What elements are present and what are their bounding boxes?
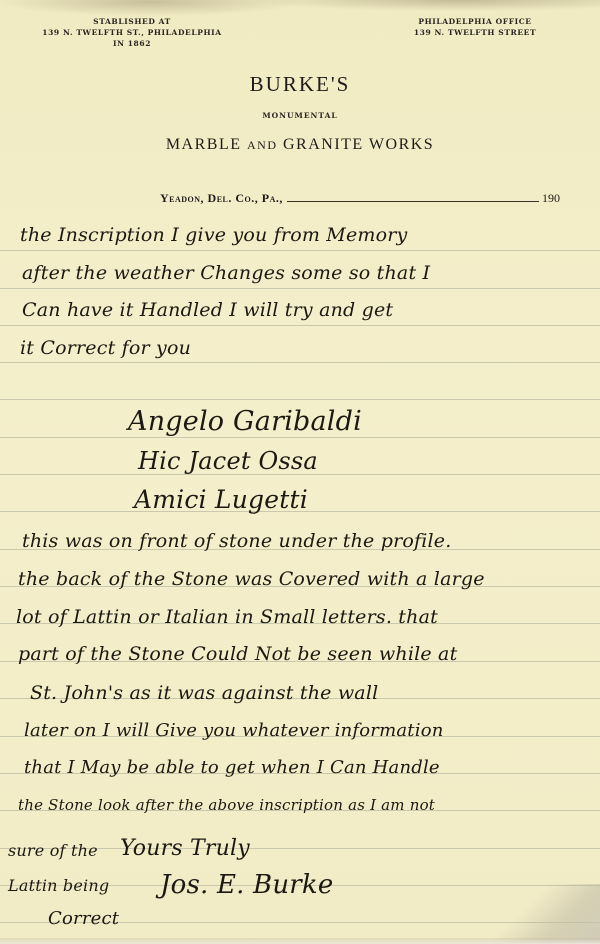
- date-blank-line: [287, 201, 539, 202]
- letterhead-established: STABLISHED AT 139 N. TWELFTH ST., PHILAD…: [22, 16, 242, 49]
- handwritten-line: St. John's as it was against the wall: [30, 682, 378, 704]
- handwritten-line: Can have it Handled I will try and get: [22, 299, 393, 321]
- ruled-line: [0, 325, 600, 326]
- firm-works: MARBLE AND GRANITE WORKS: [0, 136, 600, 154]
- ruled-line: [0, 362, 600, 363]
- place-text: Yeadon, Del. Co., Pa.,: [160, 191, 283, 206]
- paper-stain: [470, 884, 600, 944]
- handwritten-line: that I May be able to get when I Can Han…: [24, 757, 440, 778]
- handwritten-line: this was on front of stone under the pro…: [22, 530, 451, 552]
- letterhead-office: PHILADELPHIA OFFICE 139 N. TWELFTH STREE…: [380, 16, 570, 38]
- handwritten-line: sure of the: [8, 841, 98, 860]
- paper-edge: [0, 938, 600, 944]
- handwritten-line: part of the Stone Could Not be seen whil…: [18, 643, 457, 665]
- firm-works-text: AND: [247, 138, 278, 152]
- firm-works-text: GRANITE WORKS: [277, 136, 434, 153]
- closing-text: Yours Truly: [120, 836, 250, 861]
- postscript-line: Lattin being: [8, 876, 109, 895]
- letterhead-text: STABLISHED AT: [22, 16, 242, 27]
- firm-name: BURKE'S: [0, 72, 600, 97]
- firm-subtitle: MONUMENTAL: [0, 111, 600, 120]
- letterhead-text: PHILADELPHIA OFFICE: [380, 16, 570, 27]
- letterhead-text: 139 N. TWELFTH STREET: [380, 27, 570, 38]
- ruled-line: [0, 288, 600, 289]
- inscription-line: Amici Lugetti: [134, 485, 308, 514]
- handwritten-line: it Correct for you: [20, 337, 191, 359]
- inscription-line: Hic Jacet Ossa: [138, 447, 318, 475]
- handwritten-line: after the weather Changes some so that I: [22, 262, 430, 284]
- signature: Jos. E. Burke: [160, 870, 333, 900]
- place-date-line: Yeadon, Del. Co., Pa., 190: [160, 191, 560, 206]
- postscript-line: Correct: [48, 908, 119, 929]
- ruled-line: [0, 250, 600, 251]
- year-prefix: 190: [542, 191, 560, 206]
- ruled-line: [0, 399, 600, 400]
- handwritten-line: the back of the Stone was Covered with a…: [18, 568, 485, 590]
- handwritten-line: lot of Lattin or Italian in Small letter…: [16, 606, 438, 628]
- handwritten-line: the Inscription I give you from Memory: [20, 224, 407, 246]
- firm-works-text: MARBLE: [166, 136, 247, 153]
- letter-paper: STABLISHED AT 139 N. TWELFTH ST., PHILAD…: [0, 0, 600, 944]
- handwritten-line: the Stone look after the above inscripti…: [18, 796, 435, 814]
- letterhead-text: IN 1862: [22, 38, 242, 49]
- handwritten-line: later on I will Give you whatever inform…: [24, 720, 444, 741]
- letterhead-text: 139 N. TWELFTH ST., PHILADELPHIA: [22, 27, 242, 38]
- ruled-line: [0, 437, 600, 438]
- inscription-line: Angelo Garibaldi: [128, 406, 362, 437]
